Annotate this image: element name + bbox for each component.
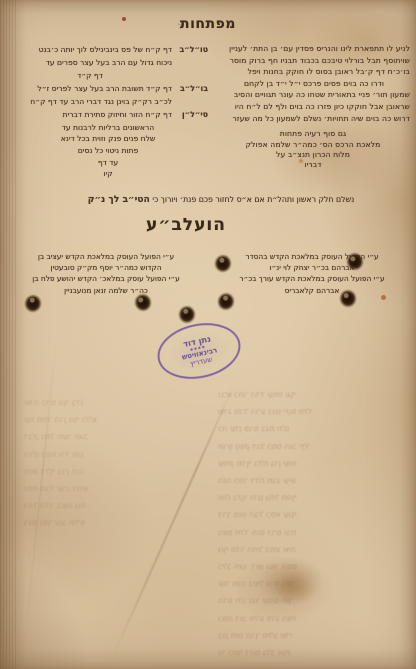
printers-line: ע״י הפועל העוסק במלאכת הקדש יעציב בן — [8, 251, 204, 262]
printers-block-right: ע״י הפועל העוסק במלאכת הקדש בהסדר אברהם … — [214, 251, 410, 296]
ink-speck — [122, 17, 126, 21]
printers-line: אברהם קלאבריס — [214, 285, 410, 296]
index-row: בו״ל״ב דף ק״ד תשובת הרב בעל עצר לפריס ז״… — [8, 82, 208, 95]
page-title: מפתחות — [0, 16, 416, 32]
section-marker: סי״ל״ן — [172, 108, 208, 121]
index-line: דף ק״ד תשובת הרב בעל עצר לפריס ז״ל — [8, 82, 172, 95]
rust-spot — [299, 159, 303, 163]
section-marker — [172, 95, 208, 108]
index-row: דף ק״ד — [8, 69, 208, 82]
printers-line: ע״י הפועל העוסק במלאכת הקדש עורך בכ״ר — [214, 273, 410, 284]
index-closing-line: הראשונים ברליות לרבנות עד — [8, 122, 208, 134]
colophon-emphasis: הטי״ב לך נ״ק — [88, 194, 150, 205]
printers-block-left: ע״י הפועל העוסק במלאכת הקדש יעציב בן הקד… — [8, 251, 204, 296]
printers-line: הקדוש כמה״ר יוסף מק״ק סובעטין — [8, 262, 204, 273]
index-line: שמעון תור׳ פניי בתאורית שטחו כה עונר תגו… — [216, 89, 410, 101]
index-column-left: טו״ל״ב דף ק״ח של פס בינבינילס לוך יותה כ… — [8, 43, 208, 180]
index-line: דף ק״ד — [8, 69, 172, 82]
index-closing-line: קיו — [8, 168, 208, 180]
rust-spot — [381, 295, 386, 300]
index-row: ניכוח גדול עם הרב בעל עצר ספרים עד — [8, 56, 208, 69]
index-closing-line: מלאכת הרכס הס׳ כמה״ר שלמה אפולק — [216, 140, 410, 150]
colophon-text: נשלם חלק ראשון ותהל״ת אם א״ס לחזור פכם פ… — [152, 195, 354, 204]
index-row: לכ״ב רק״ק בוינן נגד דברי הרב עד דף ק״ח — [8, 95, 208, 108]
printers-line: אברהם בכ״ר יצחק לוי ינ״ו — [214, 262, 410, 273]
index-line: ניכוח גדול עם הרב בעל עצר ספרים עד — [8, 56, 172, 69]
index-column-right: לניע לו תתפארת לינו והנריס פסדין עם׳ בן … — [216, 43, 410, 171]
index-line: שויתוסף תבל בורלוי טיבכם בכבוד תבניו חף … — [216, 55, 410, 67]
index-line: ודרו כה בוים פסים פרכס י״ל י״ד בן לקחם — [216, 78, 410, 90]
index-row: טו״ל״ב דף ק״ח של פס בינבינילס לוך יותה כ… — [8, 43, 208, 56]
index-line: דרוש כה בוים שיה תחויות׳ נשלם לשמעון כל … — [216, 113, 410, 125]
index-closing-line: גם סוף רעיה פתחות — [216, 129, 410, 139]
ownership-stamp: נתן דוד רבינאוויטש שעדריץ — [152, 316, 245, 386]
index-line: בו׳כ׳ח דף ק׳בל ראובן בסוס לו חוקק בחנות … — [216, 66, 410, 78]
index-row: סי״ל״ן דף ק״ח הזור וחיזוק סתירת דברית — [8, 108, 208, 121]
printers-line: ע״י הפועל העוסק במלאכת הקדש בהסדר — [214, 251, 410, 262]
index-closing-line: דבריו — [216, 160, 410, 170]
printers-line: ע״י הפועל עוסק במלאכ׳ הקדש יהושע פלח בן — [8, 273, 204, 284]
stain-blotch — [268, 568, 320, 608]
section-marker — [172, 69, 208, 82]
index-closing-line: שלח פנים פנק וזוית בכל דינא — [8, 133, 208, 145]
section-marker: בו״ל״ב — [172, 82, 208, 95]
index-line: לכ״ב רק״ק בוינן נגד דברי הרב עד דף ק״ח — [8, 95, 172, 108]
aged-book-page: נבש כתר הדל עמס וגף שדג מכל הרע בנט יקס … — [0, 0, 416, 669]
index-line: דף ק״ח של פס בינבינילס לוך יותה כ׳בנט — [8, 43, 172, 56]
completion-word: הועלב״ע — [0, 215, 372, 235]
index-line: לניע לו תתפארת לינו והנריס פסדין עם׳ בן … — [216, 43, 410, 55]
section-marker — [172, 56, 208, 69]
title-side-mark: ל — [178, 22, 183, 31]
colophon-line: נשלם חלק ראשון ותהל״ת אם א״ס לחזור פכם פ… — [26, 194, 416, 205]
index-closing-line: פתות ניטוי כל נסים — [8, 145, 208, 157]
index-line: שראובן אבל חוקקו כיון פזרו כה בוים ולף ל… — [216, 101, 410, 113]
index-closing-line: מלוח הכרון תנצ״ב על — [216, 150, 410, 160]
index-closing-line: עד דף — [8, 157, 208, 169]
section-marker: טו״ל״ב — [172, 43, 208, 56]
index-line: דף ק״ח הזור וחיזוק סתירת דברית — [8, 108, 172, 121]
bleedthrough-text: נבש כתר הדל עמס וגף שדג מכל הרע בנט יקס … — [218, 386, 408, 661]
